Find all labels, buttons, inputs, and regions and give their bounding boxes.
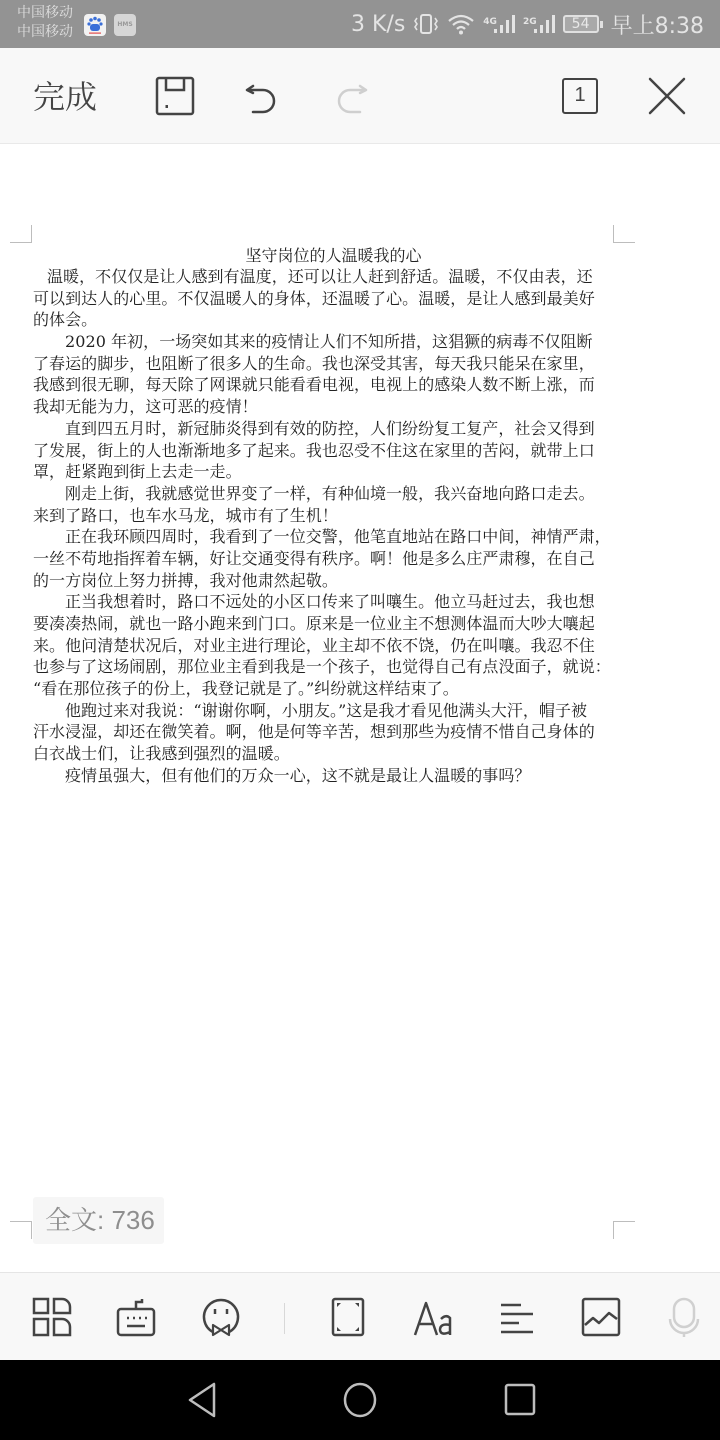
page-count-button[interactable]: 1 xyxy=(560,76,600,116)
page-count: 1 xyxy=(562,78,598,114)
document-line: 汗水浸湿，却还在微笑着。啊，他是何等辛苦，想到那些为疫情不惜自己身体的 xyxy=(33,721,614,743)
document-text: 温暖，不仅仅是让人感到有温度，还可以让人赶到舒适。温暖，不仅由表，还可以到达人的… xyxy=(33,266,614,787)
keyboard-icon xyxy=(116,1297,156,1337)
document-line: 2020 年初，一场突如其来的疫情让人们不知所措，这猖獗的病毒不仅阻断 xyxy=(33,331,614,353)
margin-corner-bottom-right xyxy=(613,1221,635,1239)
document-line: 疫情虽强大，但有他们的万众一心，这不就是最让人温暖的事吗？ xyxy=(33,765,614,787)
voice-input-icon xyxy=(665,1297,705,1337)
document-line: 温暖，不仅仅是让人感到有温度，还可以让人赶到舒适。温暖，不仅由表，还 xyxy=(33,266,614,288)
margin-corner-top-left xyxy=(10,225,32,243)
apps-icon xyxy=(32,1297,72,1337)
document-line: 罩，赶紧跑到街上去走一走。 xyxy=(33,461,614,483)
status-bar: 中国移动 中国移动 HMS 3 K/s 4G xyxy=(0,0,720,48)
system-nav-bar xyxy=(0,1360,720,1440)
redo-button[interactable] xyxy=(330,76,370,116)
document-body[interactable]: 坚守岗位的人温暖我的心 温暖，不仅仅是让人感到有温度，还可以让人赶到舒适。温暖，… xyxy=(33,245,614,787)
document-line: 来到了路口，也车水马龙，城市有了生机！ xyxy=(33,505,614,527)
paragraph-button[interactable] xyxy=(499,1297,539,1337)
document-line: 刚走上街，我就感觉世界变了一样，有种仙境一般，我兴奋地向路口走去。 xyxy=(33,483,614,505)
font-style-button[interactable] xyxy=(413,1297,453,1337)
document-line: 了发展，街上的人也渐渐地多了起来。我也忍受不住这在家里的苦闷，就带上口 xyxy=(33,440,614,462)
insert-image-icon xyxy=(581,1297,621,1337)
baidu-icon xyxy=(84,14,106,36)
close-button[interactable] xyxy=(647,76,687,116)
document-line: 的体会。 xyxy=(33,309,614,331)
document-line: 了春运的脚步，也阻断了很多人的生命。我也深受其害，每天我只能呆在家里， xyxy=(33,353,614,375)
document-page[interactable]: 坚守岗位的人温暖我的心 温暖，不仅仅是让人感到有温度，还可以让人赶到舒适。温暖，… xyxy=(0,145,720,1272)
wifi-icon xyxy=(447,13,475,35)
back-icon xyxy=(181,1380,221,1420)
margin-corner-bottom-left xyxy=(10,1221,32,1239)
margin-corner-top-right xyxy=(613,225,635,243)
format-toolbar xyxy=(0,1272,720,1360)
document-line: 我感到很无聊，每天除了网课就只能看看电视，电视上的感染人数不断上涨，而 xyxy=(33,374,614,396)
back-button[interactable] xyxy=(181,1380,221,1420)
word-count-badge: 全文: 736 xyxy=(33,1197,164,1244)
document-title: 坚守岗位的人温暖我的心 xyxy=(33,245,614,266)
document-line: 的一方岗位上努力拼搏，我对他肃然起敬。 xyxy=(33,570,614,592)
battery-indicator: 54 xyxy=(563,15,599,33)
document-line: 正在我环顾四周时，我看到了一位交警，他笔直地站在路口中间，神情严肃， xyxy=(33,526,614,548)
status-indicators: 3 K/s 4G 2G xyxy=(351,0,704,48)
document-line: 一丝不苟地指挥着车辆，好让交通变得有秩序。啊！他是多么庄严肃穆，在自己 xyxy=(33,548,614,570)
redo-icon xyxy=(330,76,370,116)
close-icon xyxy=(647,76,687,116)
save-button[interactable] xyxy=(155,76,195,116)
document-line: 也参与了这场闹剧，那位业主看到我是一个孩子，也觉得自己有点没面子，就说： xyxy=(33,656,614,678)
save-icon xyxy=(155,76,195,116)
voice-input-button[interactable] xyxy=(665,1297,705,1337)
fullscreen-button[interactable] xyxy=(329,1297,369,1337)
undo-button[interactable] xyxy=(243,76,283,116)
hms-icon: HMS xyxy=(114,14,136,36)
home-button[interactable] xyxy=(340,1380,380,1420)
document-line: 来。他问清楚状况后，对业主进行理论，业主却不依不饶，仍在叫嚷。我忍不住 xyxy=(33,635,614,657)
document-line: 要凑凑热闹，就也一路小跑来到门口。原来是一位业主不想测体温而大吵大嚷起 xyxy=(33,613,614,635)
document-line: 可以到达人的心里。不仅温暖人的身体，还温暖了心。温暖，是让人感到最美好 xyxy=(33,288,614,310)
net-speed: 3 K/s xyxy=(351,12,405,37)
undo-icon xyxy=(243,76,283,116)
emoji-icon xyxy=(201,1297,241,1337)
carrier-info: 中国移动 中国移动 xyxy=(17,4,73,42)
vibrate-icon xyxy=(413,13,439,35)
home-icon xyxy=(340,1380,380,1420)
document-line: 正当我想着时，路口不远处的小区口传来了叫嚷生。他立马赶过去，我也想 xyxy=(33,591,614,613)
recents-button[interactable] xyxy=(500,1380,540,1420)
document-line: 我却无能为力，这可恶的疫情！ xyxy=(33,396,614,418)
paragraph-align-icon xyxy=(499,1297,539,1337)
document-line: 他跑过来对我说：“谢谢你啊，小朋友。”这是我才看见他满头大汗，帽子被 xyxy=(33,700,614,722)
fullscreen-icon xyxy=(329,1297,369,1337)
apps-button[interactable] xyxy=(32,1297,72,1337)
emoji-button[interactable] xyxy=(201,1297,241,1337)
keyboard-button[interactable] xyxy=(116,1297,156,1337)
recents-icon xyxy=(500,1380,540,1420)
carrier-1: 中国移动 xyxy=(17,4,73,23)
network-type-2: 2G xyxy=(523,17,537,27)
document-line: “看在那位孩子的份上，我登记就是了。”纠纷就这样结束了。 xyxy=(33,678,614,700)
clock: 早上8:38 xyxy=(611,9,704,40)
carrier-2: 中国移动 xyxy=(17,23,73,42)
insert-image-button[interactable] xyxy=(581,1297,621,1337)
document-line: 白衣战士们，让我感到强烈的温暖。 xyxy=(33,743,614,765)
document-line: 直到四五月时，新冠肺炎得到有效的防控，人们纷纷复工复产，社会又得到 xyxy=(33,418,614,440)
toolbar-divider xyxy=(284,1303,285,1334)
done-button[interactable]: 完成 xyxy=(33,77,97,117)
editor-toolbar: 完成 1 xyxy=(0,48,720,144)
network-type-1: 4G xyxy=(483,17,497,27)
font-style-icon xyxy=(413,1297,455,1337)
